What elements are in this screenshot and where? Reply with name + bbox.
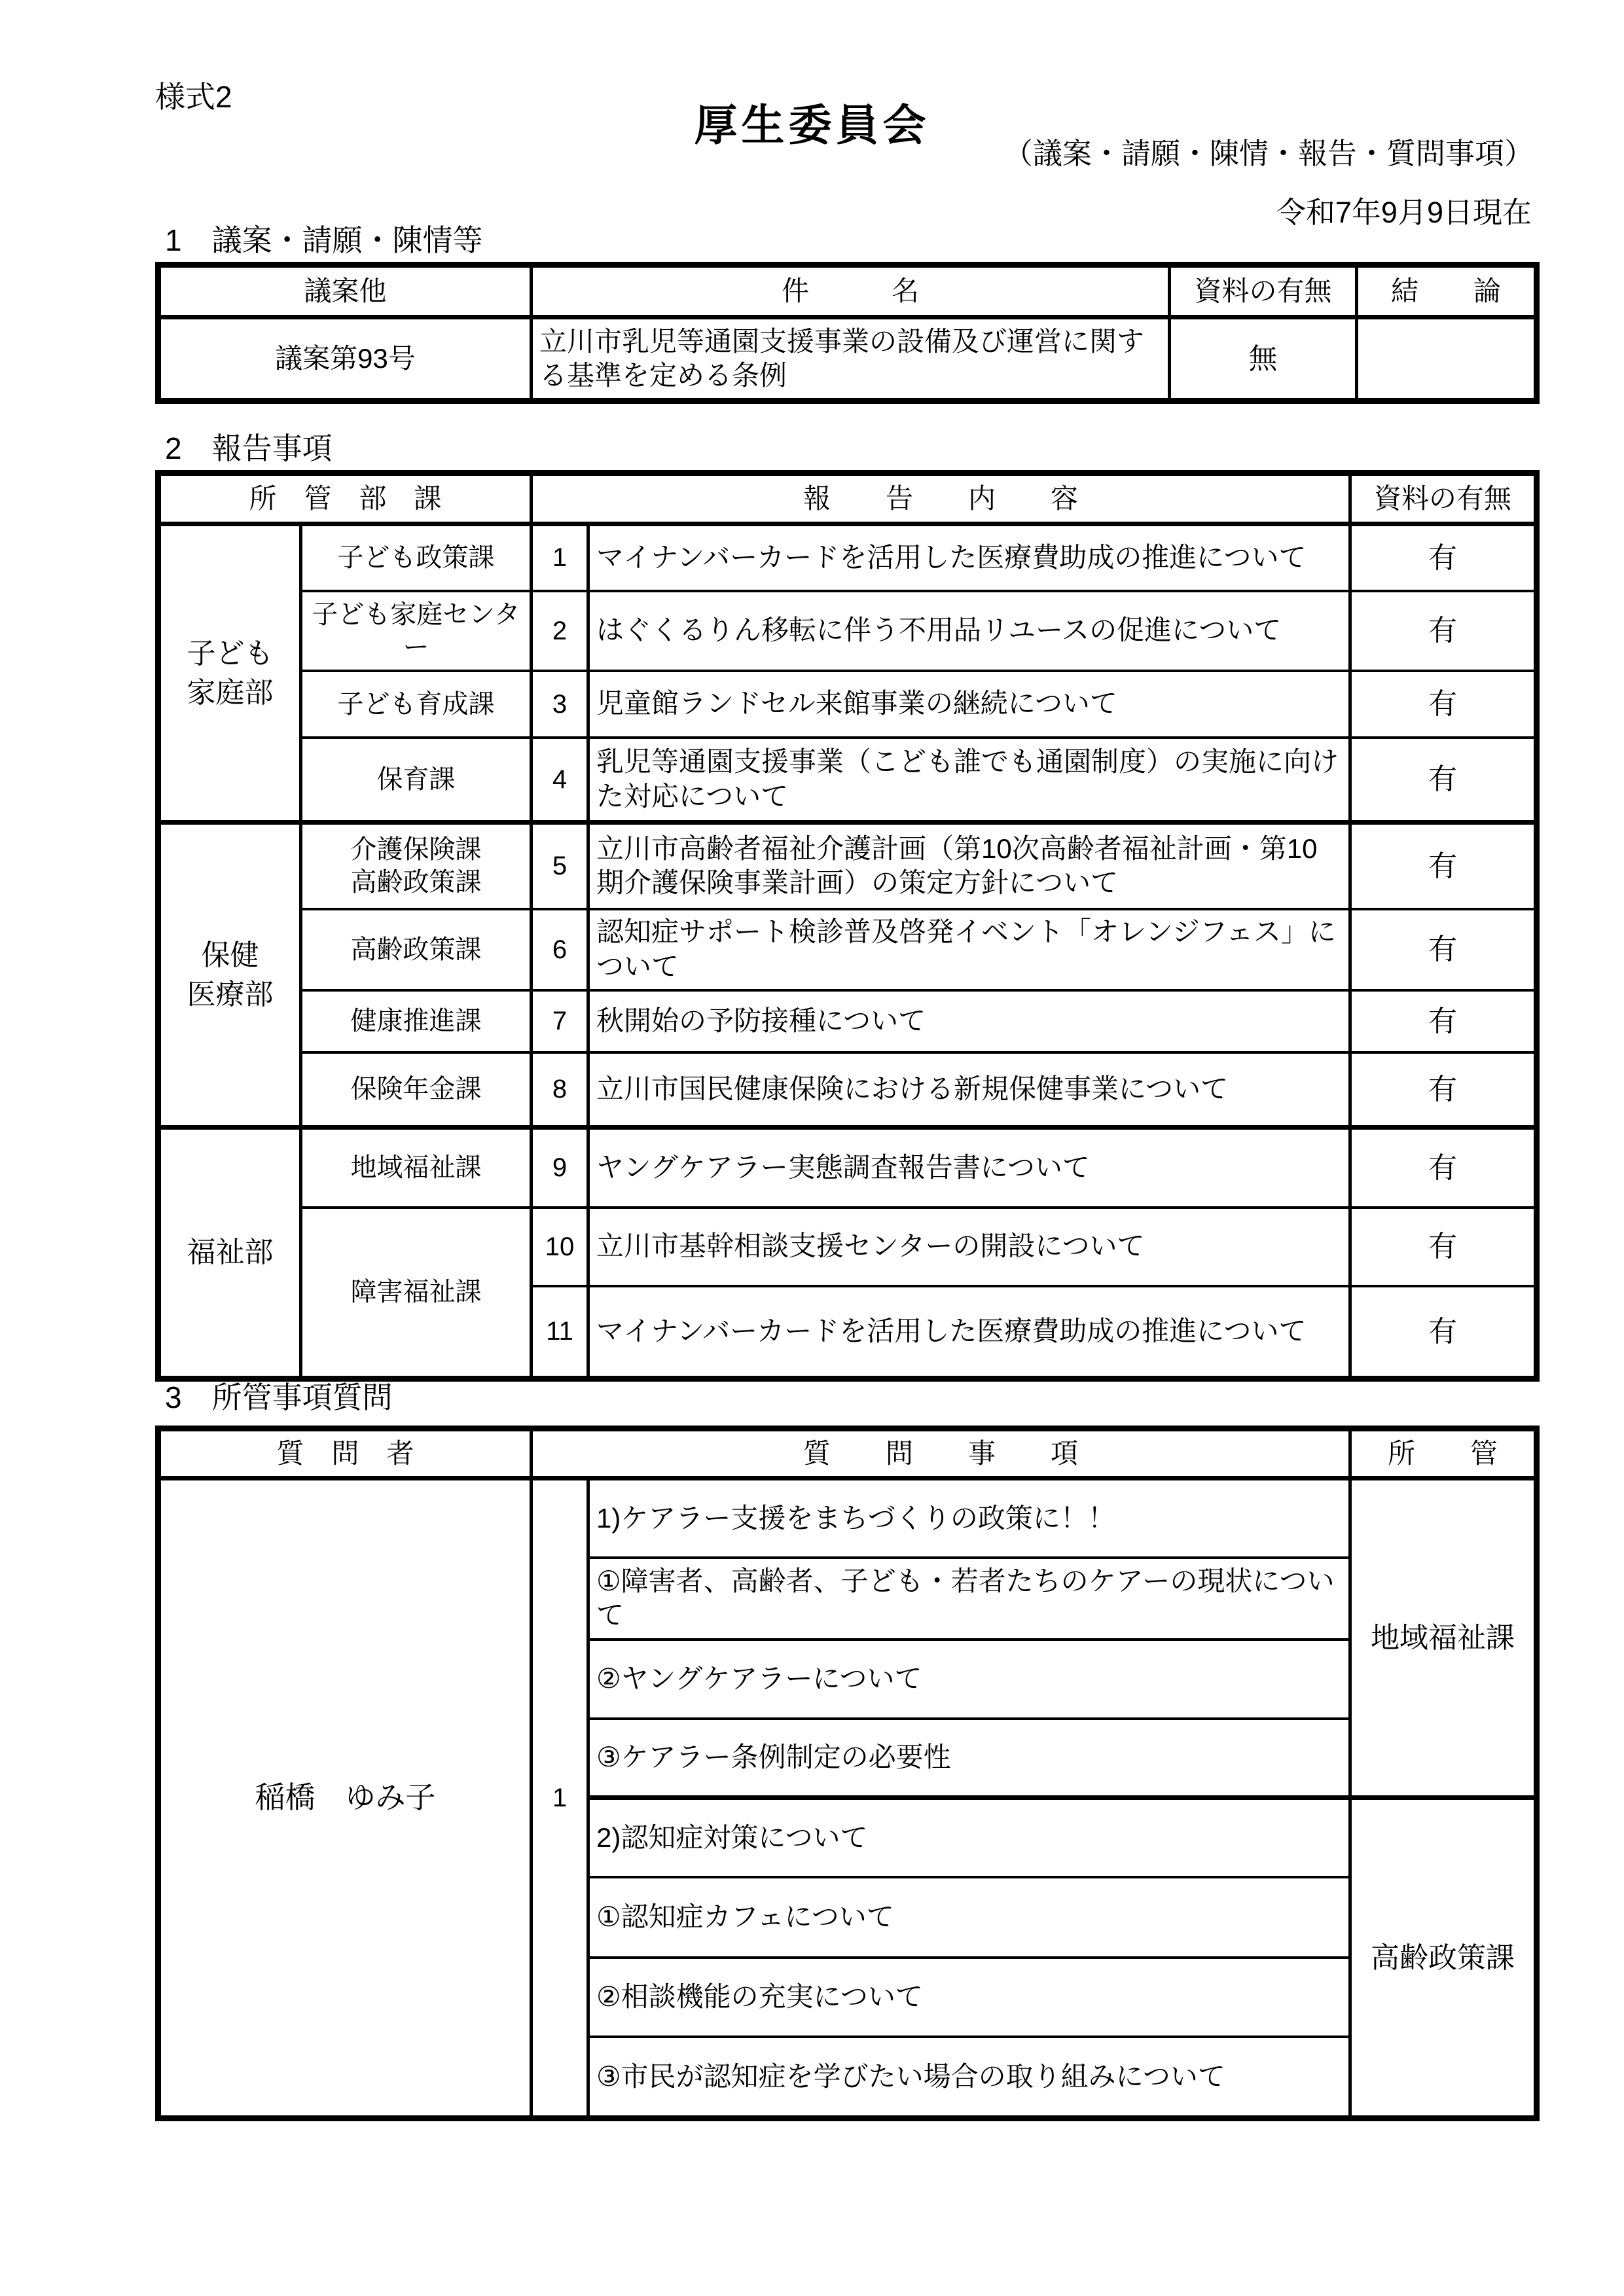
table-row: 保険年金課 8 立川市国民健康保険における新規保健事業について 有 [158, 1052, 1537, 1128]
question-item: 1)ケアラー支援をまちづくりの政策に！！ [588, 1479, 1350, 1558]
table-row: 高齢政策課 6 認知症サポート検診普及啓発イベント「オレンジフェス」について 有 [158, 909, 1537, 990]
division-cell: 子ども政策課 [301, 524, 532, 591]
report-material: 有 [1350, 823, 1537, 909]
table-row: 子ども育成課 3 児童館ランドセル来館事業の継続について 有 [158, 671, 1537, 738]
document-page: 様式2 厚生委員会 （議案・請願・陳情・報告・質問事項） 令和7年9月9日現在 … [0, 0, 1624, 2296]
dept-cell-hoken: 保健 医療部 [158, 823, 301, 1128]
division-cell: 介護保険課 高齢政策課 [301, 823, 532, 909]
questions-header-questioner: 質 問 者 [158, 1429, 532, 1479]
report-content: はぐくるりん移転に伴う不用品リユースの促進について [588, 591, 1350, 671]
division-cell: 子ども家庭センター [301, 591, 532, 671]
report-material: 有 [1350, 1128, 1537, 1208]
reports-table: 所 管 部 課 報 告 内 容 資料の有無 子ども 家庭部 子ども政策課 1 マ… [155, 470, 1540, 1382]
report-material: 有 [1350, 524, 1537, 591]
bill-conclusion [1357, 317, 1537, 401]
report-content: 立川市基幹相談支援センターの開設について [588, 1208, 1350, 1286]
report-material: 有 [1350, 1052, 1537, 1128]
division-cell: 地域福祉課 [301, 1128, 532, 1208]
report-content: 秋開始の予防接種について [588, 990, 1350, 1052]
questions-table: 質 問 者 質 問 事 項 所 管 稲橋 ゆみ子 1 1)ケアラー支援をまちづく… [155, 1426, 1540, 2121]
jurisdiction-cell: 地域福祉課 [1350, 1479, 1537, 1798]
section3-heading: 3 所管事項質問 [165, 1374, 393, 1417]
report-number: 8 [532, 1052, 588, 1128]
division-cell: 健康推進課 [301, 990, 532, 1052]
report-content: 認知症サポート検診普及啓発イベント「オレンジフェス」について [588, 909, 1350, 990]
report-content: マイナンバーカードを活用した医療費助成の推進について [588, 1286, 1350, 1379]
bills-header-case: 議案他 [158, 265, 532, 317]
report-material: 有 [1350, 671, 1537, 738]
question-item: ②ヤングケアラーについて [588, 1640, 1350, 1719]
report-number: 9 [532, 1128, 588, 1208]
report-material: 有 [1350, 1208, 1537, 1286]
bill-name: 立川市乳児等通園支援事業の設備及び運営に関する基準を定める条例 [532, 317, 1170, 401]
question-item: 2)認知症対策について [588, 1798, 1350, 1877]
jurisdiction-cell: 高齢政策課 [1350, 1798, 1537, 2119]
dept-cell-kodomo: 子ども 家庭部 [158, 524, 301, 823]
table-row: 保育課 4 乳児等通園支援事業（こども誰でも通園制度）の実施に向けた対応について… [158, 738, 1537, 823]
table-row: 子ども 家庭部 子ども政策課 1 マイナンバーカードを活用した医療費助成の推進に… [158, 524, 1537, 591]
question-item: ③市民が認知症を学びたい場合の取り組みについて [588, 2037, 1350, 2119]
report-number: 4 [532, 738, 588, 823]
question-item: ②相談機能の充実について [588, 1958, 1350, 2037]
report-number: 2 [532, 591, 588, 671]
section1-heading: 1 議案・請願・陳情等 [165, 217, 483, 260]
questions-header-items: 質 問 事 項 [532, 1429, 1350, 1479]
division-cell: 高齢政策課 [301, 909, 532, 990]
table-row: 健康推進課 7 秋開始の予防接種について 有 [158, 990, 1537, 1052]
section2-heading: 2 報告事項 [165, 425, 333, 468]
report-material: 有 [1350, 591, 1537, 671]
report-material: 有 [1350, 990, 1537, 1052]
question-item: ①認知症カフェについて [588, 1877, 1350, 1958]
bills-table: 議案他 件 名 資料の有無 結 論 議案第93号 立川市乳児等通園支援事業の設備… [155, 262, 1540, 404]
reports-header-material: 資料の有無 [1350, 473, 1537, 524]
bills-header-material: 資料の有無 [1170, 265, 1357, 317]
bill-material: 無 [1170, 317, 1357, 401]
dept-cell-fukushi: 福祉部 [158, 1128, 301, 1379]
questioner-name: 稲橋 ゆみ子 [158, 1479, 532, 2119]
table-row: 保健 医療部 介護保険課 高齢政策課 5 立川市高齢者福祉介護計画（第10次高齢… [158, 823, 1537, 909]
table-row: 子ども家庭センター 2 はぐくるりん移転に伴う不用品リユースの促進について 有 [158, 591, 1537, 671]
division-cell: 障害福祉課 [301, 1208, 532, 1379]
report-number: 1 [532, 524, 588, 591]
question-number: 1 [532, 1479, 588, 2119]
report-number: 7 [532, 990, 588, 1052]
report-number: 6 [532, 909, 588, 990]
reports-header-content: 報 告 内 容 [532, 473, 1350, 524]
table-row: 福祉部 地域福祉課 9 ヤングケアラー実態調査報告書について 有 [158, 1128, 1537, 1208]
reports-header-dept: 所 管 部 課 [158, 473, 532, 524]
table-row: 議案第93号 立川市乳児等通園支援事業の設備及び運営に関する基準を定める条例 無 [158, 317, 1537, 401]
report-content: ヤングケアラー実態調査報告書について [588, 1128, 1350, 1208]
table-row: 稲橋 ゆみ子 1 1)ケアラー支援をまちづくりの政策に！！ 地域福祉課 [158, 1479, 1537, 1558]
report-content: 立川市国民健康保険における新規保健事業について [588, 1052, 1350, 1128]
report-content: マイナンバーカードを活用した医療費助成の推進について [588, 524, 1350, 591]
report-number: 10 [532, 1208, 588, 1286]
question-item: ③ケアラー条例制定の必要性 [588, 1719, 1350, 1798]
questions-header-jurisdiction: 所 管 [1350, 1429, 1537, 1479]
report-material: 有 [1350, 1286, 1537, 1379]
page-subtitle: （議案・請願・陳情・報告・質問事項） [1003, 130, 1534, 172]
division-cell: 保育課 [301, 738, 532, 823]
division-cell: 子ども育成課 [301, 671, 532, 738]
report-material: 有 [1350, 909, 1537, 990]
report-content: 児童館ランドセル来館事業の継続について [588, 671, 1350, 738]
division-cell: 保険年金課 [301, 1052, 532, 1128]
report-number: 3 [532, 671, 588, 738]
bill-case-number: 議案第93号 [158, 317, 532, 401]
bills-header-name: 件 名 [532, 265, 1170, 317]
question-item: ①障害者、高齢者、子ども・若者たちのケアーの現状について [588, 1558, 1350, 1640]
date-note: 令和7年9月9日現在 [1276, 188, 1532, 231]
report-number: 11 [532, 1286, 588, 1379]
report-content: 乳児等通園支援事業（こども誰でも通園制度）の実施に向けた対応について [588, 738, 1350, 823]
report-material: 有 [1350, 738, 1537, 823]
report-content: 立川市高齢者福祉介護計画（第10次高齢者福祉計画・第10期介護保険事業計画）の策… [588, 823, 1350, 909]
bills-header-conclusion: 結 論 [1357, 265, 1537, 317]
table-row: 障害福祉課 10 立川市基幹相談支援センターの開設について 有 [158, 1208, 1537, 1286]
report-number: 5 [532, 823, 588, 909]
